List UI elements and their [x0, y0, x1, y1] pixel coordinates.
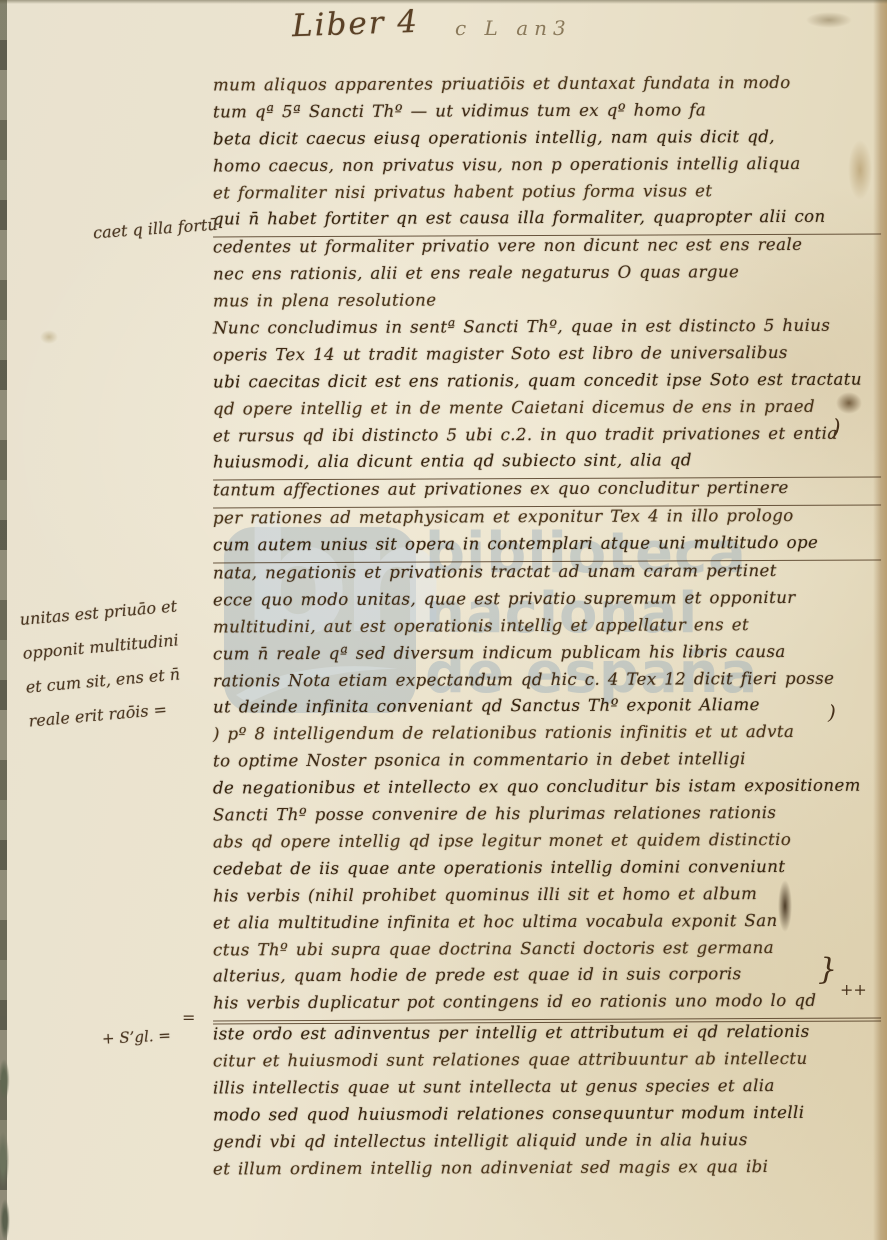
manuscript-line: iste ordo est adinventus per intellig et… — [213, 1022, 881, 1052]
manuscript-line: huiusmodi, alia dicunt entia qd subiecto… — [213, 450, 881, 481]
manuscript-line: citur et huiusmodi sunt relationes quae … — [213, 1049, 881, 1079]
paper-stain — [40, 330, 58, 344]
note-unitas: unitas est priuāo etopponit multitudinie… — [18, 589, 187, 738]
manuscript-line: ecce quo modo unitas, quae est privatio … — [213, 587, 881, 617]
manuscript-line: gendi vbi qd intellectus intelligit aliq… — [213, 1129, 881, 1159]
manuscript-line: to optime Noster psonica in commentario … — [213, 749, 881, 779]
manuscript-line: cedentes ut formaliter privatio vere non… — [213, 235, 881, 265]
margin-note-line: caet q illa fortū — [92, 208, 219, 251]
manuscript-line: mus in plena resolutione — [213, 289, 881, 319]
margin-note-line: + S’gl. = — [101, 1018, 172, 1056]
stray-mark: = — [182, 1008, 195, 1027]
manuscript-text-block: mum aliquos apparentes priuatiōis et dun… — [213, 74, 881, 1185]
manuscript-line: per rationes ad metaphysicam et exponitu… — [213, 506, 881, 536]
manuscript-page: Liber 4 c L an3 bn bibliotecanacionalde … — [0, 0, 887, 1240]
manuscript-line: ut deinde infinita conveniant qd Sanctus… — [213, 695, 881, 725]
manuscript-line: cum autem unius sit opera in contemplari… — [213, 533, 881, 564]
stray-mark: ) — [828, 700, 836, 724]
header-annotation: c L an3 — [455, 16, 572, 40]
manuscript-line: alterius, quam hodie de prede est quae i… — [213, 964, 881, 994]
manuscript-line: ctus Thº ubi supra quae doctrina Sancti … — [213, 937, 881, 967]
stray-mark: ) — [832, 416, 841, 441]
manuscript-line: ubi caecitas dicit est ens rationis, qua… — [213, 369, 881, 399]
page-left-edge — [0, 0, 7, 1240]
manuscript-line: et rursus qd ibi distincto 5 ubi c.2. in… — [213, 423, 881, 453]
manuscript-line: illis intellectis quae ut sunt intellect… — [213, 1075, 881, 1105]
stray-mark: } — [818, 952, 837, 987]
manuscript-line: homo caecus, non privatus visu, non p op… — [213, 153, 881, 183]
manuscript-line: his verbis (nihil prohibet quominus illi… — [213, 883, 881, 913]
manuscript-line: abs qd opere intellig qd ipse legitur mo… — [213, 829, 881, 859]
manuscript-line: tum qª 5ª Sancti Thº — ut vidimus tum ex… — [213, 99, 881, 129]
manuscript-line: nata, negationis et privationis tractat … — [213, 561, 881, 591]
page-top-edge — [0, 0, 887, 4]
faded-stain — [806, 12, 852, 28]
manuscript-line: de negationibus et intellecto ex quo con… — [213, 776, 881, 806]
manuscript-line: Nunc concludimus in sentª Sancti Thº, qu… — [213, 316, 881, 346]
manuscript-line: ) pº 8 intelligendum de relationibus rat… — [213, 722, 881, 752]
manuscript-line: et formaliter nisi privatus habent potiu… — [213, 180, 881, 210]
manuscript-line: qui n̄ habet fortiter qn est causa illa … — [213, 207, 881, 238]
manuscript-line: cedebat de iis quae ante operationis int… — [213, 856, 881, 886]
page-title: Liber 4 — [291, 4, 419, 44]
manuscript-line: multitudini, aut est operationis intelli… — [213, 614, 881, 644]
manuscript-line: mum aliquos apparentes priuatiōis et dun… — [213, 73, 881, 103]
manuscript-line: et alia multitudine infinita et hoc ulti… — [213, 910, 881, 940]
manuscript-line: beta dicit caecus eiusq operationis inte… — [213, 126, 881, 156]
stray-mark: ++ — [840, 980, 867, 999]
manuscript-line: qd opere intellig et in de mente Caietan… — [213, 396, 881, 426]
manuscript-line: rationis Nota etiam expectandum qd hic c… — [213, 668, 881, 698]
note-caeterque: caet q illa fortū — [92, 208, 219, 251]
manuscript-line: Sancti Thº posse convenire de his plurim… — [213, 803, 881, 833]
manuscript-line: modo sed quod huiusmodi relationes conse… — [213, 1102, 881, 1132]
manuscript-line: nec ens rationis, alii et ens reale nega… — [213, 262, 881, 292]
manuscript-line: cum n̄ reale qª sed diversum indicum pub… — [213, 641, 881, 671]
manuscript-line: tantum affectiones aut privationes ex qu… — [213, 478, 881, 509]
note-sigla: + S’gl. = — [101, 1018, 172, 1056]
manuscript-line: operis Tex 14 ut tradit magister Soto es… — [213, 342, 881, 372]
manuscript-line: et illum ordinem intellig non adinveniat… — [213, 1156, 881, 1186]
manuscript-line: his verbis duplicatur pot contingens id … — [213, 991, 881, 1025]
